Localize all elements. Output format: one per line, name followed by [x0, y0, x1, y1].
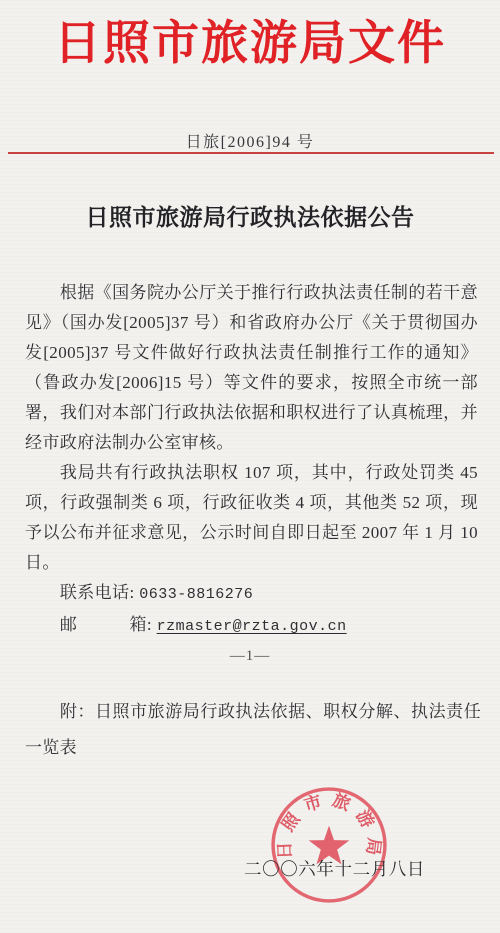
body-paragraph-1: 根据《国务院办公厅关于推行行政执法责任制的若干意见》（国办发[2005]37 号…: [25, 278, 478, 458]
body-paragraph-2: 我局共有行政执法职权 107 项，其中，行政处罚类 45 项，行政强制类 6 项…: [25, 458, 478, 578]
agency-letterhead-title: 日照市旅游局文件: [0, 6, 500, 73]
page-number: —1—: [0, 648, 500, 665]
document-body: 根据《国务院办公厅关于推行行政执法责任制的若干意见》（国办发[2005]37 号…: [25, 278, 478, 642]
scanned-official-document: 日照市旅游局文件 日旅[2006]94 号 日照市旅游局行政执法依据公告 根据《…: [0, 0, 500, 933]
document-reference-number: 日旅[2006]94 号: [0, 129, 500, 152]
phone-label: 联系电话:: [60, 583, 139, 602]
email-label: 邮 箱:: [60, 615, 157, 634]
contact-email-line: 邮 箱: rzmaster@rzta.gov.cn: [25, 610, 478, 642]
official-red-seal: 日照市旅游局: [268, 784, 390, 906]
signature-date: 二〇〇六年十二月八日: [244, 856, 425, 881]
email-address-link[interactable]: rzmaster@rzta.gov.cn: [157, 618, 347, 635]
phone-number: 0633-8816276: [139, 586, 253, 603]
contact-phone-line: 联系电话: 0633-8816276: [25, 578, 478, 610]
attachment-note: 附：日照市旅游局行政执法依据、职权分解、执法责任一览表: [25, 694, 481, 766]
notice-title: 日照市旅游局行政执法依据公告: [0, 199, 500, 232]
red-divider-line: [8, 152, 494, 154]
